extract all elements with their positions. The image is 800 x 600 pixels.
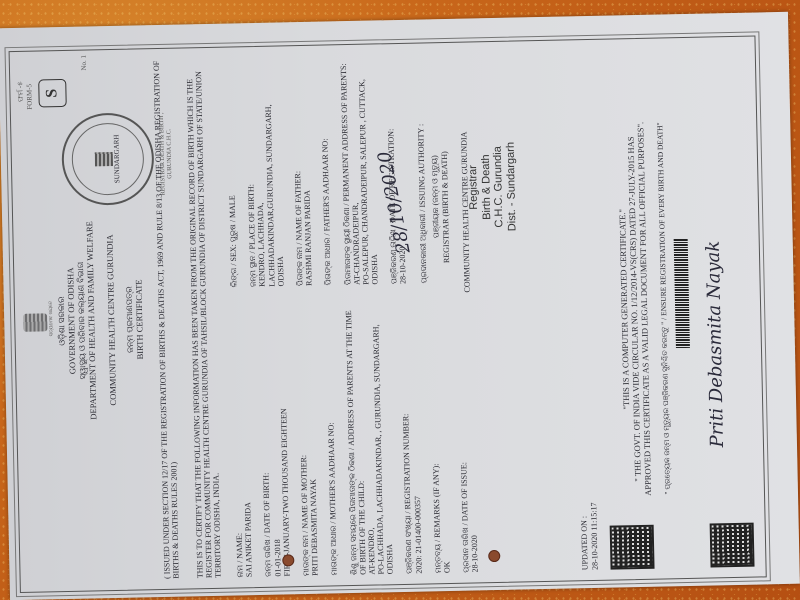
national-emblem-icon [23, 313, 47, 331]
form-label: FORM-5 [25, 84, 34, 110]
birth-certificate: ଫର୍ମ -୫ FORM-5 S ସତ୍ୟମେବ ଜୟତେ ଓଡ଼ିଶା ସରକ… [9, 35, 767, 593]
field-left-2: ମାତାଙ୍କ ନାମ / NAME OF MOTHER:PRITI DEBAS… [296, 306, 320, 576]
field-left-7: ପ୍ରଦାନ ତାରିଖ / DATE OF ISSUE:28-10-2020 [456, 302, 480, 572]
registrar-stamp: Registrar Birth & Death C.H.C. Gurundia … [466, 121, 519, 252]
field-left-5: ପଞ୍ଜିକରଣ ସଂଖ୍ୟା / REGISTRATION NUMBER:20… [399, 304, 423, 574]
barcode [674, 238, 690, 348]
field-label: ମାତାଙ୍କ ଆଧାର / MOTHER'S AADHAAR NO: [324, 305, 339, 575]
field-right-1: ଜନ୍ମ ସ୍ଥାନ / PLACE OF BIRTH:KENDRO, LACH… [244, 51, 286, 287]
field-right-0: ଲିଙ୍ଗ / SEX: ପୁରୁଷ / MALE [225, 52, 239, 287]
form-label-odia: ଫର୍ମ -୫ [16, 81, 24, 102]
punch-hole [488, 550, 500, 562]
qr-code-secondary [710, 523, 755, 568]
stamp-line-4: Dist. - Sundargarh [504, 121, 519, 251]
seal-emblem-icon [95, 152, 113, 166]
field-left-6: ମନ୍ତବ୍ୟ / REMARKS (IF ANY):OK [428, 303, 452, 573]
field-label: ପିତାଙ୍କ ଆଧାର / FATHER'S AADHAAR NO: [319, 50, 333, 285]
updated-on-label: UPDATED ON : [579, 516, 589, 570]
ensure-registration-note: " ପ୍ରତ୍ୟେକ ଜନ୍ମ ଓ ମୃତ୍ୟୁର ପଞ୍ଜିକରଣ ସୁନିଶ… [654, 38, 674, 578]
certificate-paper: ଫର୍ମ -୫ FORM-5 S ସତ୍ୟମେବ ଜୟତେ ଓଡ଼ିଶା ସରକ… [0, 12, 800, 600]
registrar-title: REGISTRAR (BIRTH & DEATH) [440, 151, 452, 263]
field-left-0: ନାମ / NAME:SAI ANIKET PARIDA [230, 307, 254, 577]
handwritten-name: Priti Debasmita Nayak [704, 241, 729, 448]
left-fields: ନାମ / NAME:SAI ANIKET PARIDAଜନ୍ମ ତାରିଖ /… [230, 302, 490, 577]
issuing-authority-label: ପ୍ରଦାନକାରୀ ଅଧିକାରୀ / ISSUING AUTHORITY : [416, 124, 429, 284]
certify-text: THIS IS TO CERTIFY THAT THE FOLLOWING IN… [185, 58, 223, 578]
field-left-3: ମାତାଙ୍କ ଆଧାର / MOTHER'S AADHAAR NO: [324, 305, 339, 575]
field-right-3: ପିତାଙ୍କ ଆଧାର / FATHER'S AADHAAR NO: [319, 50, 333, 285]
field-left-1: ଜନ୍ମ ତାରିଖ / DATE OF BIRTH:01-01-2018FIR… [258, 306, 291, 577]
seal-center-text: SUNDARGARH [112, 134, 121, 183]
field-right-4: ପିତାମାତାଙ୍କ ସ୍ଥାୟୀ ଠିକଣା / PERMANENT ADD… [338, 49, 380, 285]
field-label: ଲିଙ୍ଗ / SEX: ପୁରୁଷ / MALE [225, 52, 239, 287]
field-left-4: ଶିଶୁ ଜନ୍ମ ସମୟରେ ପିତାମାତାଙ୍କ ଠିକଣା / ADDR… [343, 304, 395, 575]
emblem-caption: ସତ୍ୟମେବ ଜୟତେ [49, 301, 55, 337]
handwritten-corner-note: No. 1 [80, 55, 88, 71]
field-right-2: ପିତାଙ୍କ ନାମ / NAME OF FATHER:RASHMI RANJ… [291, 51, 314, 286]
updated-on-value: 28-10-2020 11:15:17 [589, 502, 600, 570]
issued-under-text: ( ISSUED UNDER SECTION 12/17 OF THE REGI… [152, 59, 181, 579]
